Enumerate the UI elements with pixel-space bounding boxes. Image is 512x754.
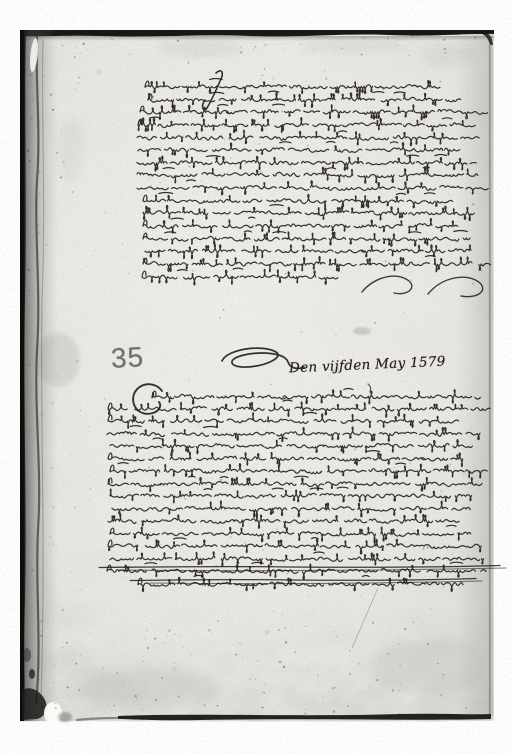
gutter-shadow: [24, 30, 58, 721]
speckle: [369, 686, 370, 687]
speckle: [262, 549, 263, 550]
speckle: [146, 683, 147, 684]
speckle: [411, 693, 412, 694]
speckle: [266, 237, 267, 238]
speckle: [317, 674, 319, 676]
speckle: [347, 705, 349, 707]
speckle: [231, 352, 233, 354]
speckle: [122, 244, 124, 246]
speckle: [471, 425, 472, 426]
speckle: [199, 204, 200, 205]
speckle: [46, 244, 48, 246]
speckle: [448, 195, 449, 196]
speckle: [149, 283, 150, 284]
speckle: [413, 621, 415, 623]
speckle: [80, 589, 81, 590]
speckle: [260, 79, 261, 80]
speckle: [323, 697, 324, 698]
speckle: [348, 156, 349, 157]
speckle: [56, 152, 58, 154]
speckle: [254, 110, 256, 112]
speckle: [50, 536, 52, 538]
speckle: [402, 690, 403, 691]
speckle: [392, 689, 394, 691]
speckle: [283, 48, 284, 49]
speckle: [316, 549, 317, 550]
speckle: [208, 629, 211, 632]
speckle: [454, 621, 455, 622]
speckle: [474, 36, 476, 38]
speckle: [422, 558, 423, 559]
folio-number: 35: [110, 341, 145, 375]
speckle: [215, 537, 216, 538]
speckle: [162, 643, 163, 644]
speckle: [358, 663, 359, 664]
speckle: [172, 667, 177, 672]
speckle: [405, 90, 406, 91]
speckle: [413, 530, 416, 533]
speckle: [74, 133, 75, 134]
speckle: [253, 48, 254, 49]
speckle: [195, 528, 196, 529]
speckle: [88, 426, 89, 427]
speckle: [360, 596, 362, 598]
speckle: [444, 48, 446, 50]
speckle: [224, 139, 225, 140]
speckle: [273, 611, 274, 612]
speckle: [162, 512, 163, 513]
speckle: [341, 567, 342, 568]
speckle: [472, 203, 474, 205]
speckle: [374, 322, 376, 324]
speckle: [422, 698, 423, 699]
speckle: [105, 212, 107, 214]
speckle: [431, 506, 432, 507]
speckle: [190, 654, 192, 656]
speckle: [38, 170, 41, 173]
speckle: [281, 614, 282, 615]
speckle: [341, 48, 343, 50]
speckle: [182, 647, 183, 648]
speckle: [323, 553, 325, 555]
speckle: [158, 473, 159, 474]
speckle: [355, 163, 356, 164]
speckle: [113, 123, 114, 124]
speckle: [28, 290, 30, 292]
speckle: [150, 185, 152, 187]
speckle: [90, 632, 91, 633]
speckle: [54, 707, 57, 710]
speckle: [195, 213, 196, 214]
speckle: [248, 713, 249, 714]
speckle: [268, 574, 269, 575]
speckle: [75, 89, 76, 90]
speckle: [286, 573, 287, 574]
speckle: [457, 51, 458, 52]
speckle: [36, 74, 37, 75]
speckle: [380, 705, 381, 706]
speckle: [363, 37, 365, 39]
speckle: [50, 94, 52, 96]
speckle: [62, 647, 63, 648]
speckle: [308, 596, 309, 597]
speckle: [31, 85, 32, 86]
speckle: [283, 666, 286, 669]
speckle: [95, 199, 96, 200]
speckle: [291, 240, 292, 241]
speckle: [123, 685, 124, 686]
speckle: [265, 630, 270, 635]
speckle: [62, 45, 63, 46]
speckle: [60, 177, 62, 179]
speckle: [47, 287, 48, 288]
speckle: [301, 331, 303, 333]
speckle: [152, 561, 153, 562]
speckle: [285, 641, 287, 643]
speckle: [305, 625, 307, 627]
speckle: [242, 656, 243, 657]
speckle: [81, 269, 82, 270]
speckle: [335, 687, 337, 689]
speckle: [324, 70, 326, 72]
speckle: [240, 51, 242, 53]
speckle: [427, 643, 429, 645]
speckle: [376, 679, 378, 681]
speckle: [28, 160, 30, 162]
speckle: [373, 436, 375, 438]
speckle: [475, 92, 476, 93]
speckle: [411, 279, 413, 281]
speckle: [278, 421, 279, 422]
speckle: [452, 554, 453, 555]
speckle: [174, 633, 176, 635]
speckle: [338, 667, 339, 668]
speckle: [111, 710, 112, 711]
speckle: [398, 690, 400, 692]
speckle: [443, 39, 445, 41]
speckle: [260, 86, 262, 88]
speckle: [416, 426, 417, 427]
speckle: [137, 136, 139, 138]
speckle: [403, 312, 404, 313]
speckle: [261, 691, 263, 693]
speckle: [179, 636, 180, 637]
speckle: [343, 177, 345, 179]
speckle: [209, 684, 210, 685]
speckle: [285, 273, 287, 275]
speckle: [44, 75, 45, 76]
speckle: [121, 559, 123, 561]
speckle: [255, 260, 256, 261]
speckle: [212, 123, 213, 124]
speckle: [236, 81, 237, 82]
speckle: [336, 636, 338, 638]
speckle: [223, 309, 225, 311]
speckle: [235, 654, 237, 656]
speckle: [387, 544, 389, 546]
speckle: [408, 451, 409, 452]
speckle: [58, 367, 59, 368]
speckle: [39, 192, 41, 194]
speckle: [325, 251, 326, 252]
speckle: [404, 628, 406, 630]
speckle: [166, 565, 170, 569]
speckle: [398, 713, 400, 715]
speckle: [397, 426, 399, 428]
speckle: [78, 76, 80, 78]
speckle: [27, 269, 30, 272]
speckle: [165, 643, 166, 644]
speckle: [334, 484, 335, 485]
speckle: [361, 193, 362, 194]
speckle: [442, 676, 444, 678]
speckle: [300, 44, 301, 45]
speckle: [77, 82, 79, 84]
speckle: [410, 153, 411, 154]
speckle: [333, 710, 336, 713]
speckle: [245, 163, 247, 165]
speckle: [430, 608, 432, 610]
speckle: [400, 685, 401, 686]
speckle: [78, 689, 80, 691]
speckle: [31, 118, 33, 120]
speckle: [52, 109, 54, 111]
speckle: [204, 126, 206, 128]
speckle: [337, 510, 338, 511]
speckle: [439, 81, 441, 83]
speckle: [439, 170, 440, 171]
speckle: [264, 44, 266, 46]
speckle: [80, 654, 82, 656]
speckle: [486, 334, 487, 335]
speckle: [470, 176, 471, 177]
speckle: [481, 271, 482, 272]
speckle: [425, 120, 426, 121]
speckle: [443, 586, 445, 588]
speckle: [192, 270, 194, 272]
speckle: [399, 664, 401, 666]
speckle: [397, 44, 399, 46]
speckle: [219, 317, 221, 319]
speckle: [54, 664, 56, 666]
speckle: [307, 145, 309, 147]
speckle: [335, 637, 336, 638]
speckle: [147, 647, 149, 649]
speckle: [67, 686, 69, 688]
speckle: [217, 705, 219, 707]
speckle: [96, 69, 102, 75]
speckle: [305, 600, 306, 601]
speckle: [51, 402, 54, 405]
speckle: [192, 241, 193, 242]
speckle: [54, 703, 55, 704]
speckle: [426, 111, 428, 113]
speckle: [53, 681, 54, 682]
speckle: [177, 40, 179, 42]
speckle: [41, 620, 43, 622]
speckle: [264, 683, 265, 684]
speckle: [334, 631, 335, 632]
speckle: [204, 704, 206, 706]
speckle: [204, 294, 205, 295]
speckle: [177, 695, 179, 697]
speckle: [376, 481, 377, 482]
speckle: [408, 55, 409, 56]
speckle: [272, 77, 275, 80]
speckle: [212, 420, 213, 421]
speckle: [245, 542, 246, 543]
speckle: [385, 260, 387, 262]
speckle: [86, 291, 87, 292]
speckle: [443, 674, 444, 675]
speckle: [465, 707, 467, 709]
speckle: [335, 334, 337, 336]
speckle: [383, 88, 385, 90]
speckle: [129, 54, 130, 55]
speckle: [87, 49, 88, 50]
speckle: [422, 547, 424, 549]
speckle: [311, 645, 312, 646]
speckle: [284, 627, 286, 629]
speckle: [80, 409, 82, 411]
speckle: [286, 158, 287, 159]
speckle: [37, 124, 38, 125]
speckle: [88, 475, 89, 476]
speckle: [38, 679, 40, 681]
speckle: [188, 181, 189, 182]
speckle: [440, 694, 441, 695]
speckle: [212, 632, 213, 633]
speckle: [226, 493, 227, 494]
speckle: [64, 163, 65, 164]
speckle: [79, 52, 81, 54]
speckle: [188, 62, 190, 64]
speckle: [457, 341, 458, 342]
speckle: [455, 571, 456, 572]
speckle: [28, 364, 30, 366]
speckle: [254, 127, 256, 129]
speckle: [165, 620, 166, 621]
speckle: [472, 283, 474, 285]
speckle: [73, 655, 74, 656]
speckle: [80, 415, 81, 416]
speckle: [161, 544, 162, 545]
speckle: [70, 572, 71, 573]
speckle: [174, 663, 175, 664]
speckle: [308, 85, 310, 87]
speckle: [136, 698, 137, 699]
speckle: [66, 642, 68, 644]
speckle: [268, 657, 269, 658]
speckle: [168, 630, 170, 632]
speckle: [38, 224, 39, 225]
speckle: [321, 471, 323, 473]
speckle: [217, 620, 219, 622]
speckle: [141, 683, 142, 684]
speckle: [443, 58, 444, 59]
speckle: [184, 498, 186, 500]
speckle: [332, 687, 334, 689]
speckle: [29, 431, 31, 433]
speckle: [279, 60, 280, 61]
speckle: [380, 657, 381, 658]
speckle: [31, 569, 34, 572]
speckle: [257, 660, 258, 661]
speckle: [307, 671, 308, 672]
speckle: [444, 134, 445, 135]
speckle: [270, 384, 271, 385]
speckle: [279, 661, 282, 664]
speckle: [312, 49, 313, 50]
speckle: [63, 161, 65, 163]
speckle: [189, 380, 190, 381]
speckle: [30, 74, 33, 77]
speckle: [37, 226, 38, 227]
speckle: [241, 644, 242, 645]
speckle: [358, 61, 359, 62]
speckle: [186, 38, 187, 39]
speckle: [143, 257, 144, 258]
speckle: [255, 679, 256, 680]
speckle: [288, 60, 289, 61]
speckle: [230, 536, 232, 538]
speckle: [294, 453, 295, 454]
speckle: [264, 692, 266, 694]
speckle: [242, 235, 243, 236]
speckle: [460, 673, 461, 674]
speckle: [58, 375, 59, 376]
speckle: [50, 467, 53, 470]
speckle: [51, 603, 52, 604]
speckle: [399, 643, 401, 645]
speckle: [259, 143, 261, 145]
speckle: [379, 534, 381, 536]
speckle: [87, 500, 89, 502]
speckle: [294, 651, 296, 653]
speckle: [174, 645, 175, 646]
speckle: [230, 157, 232, 159]
speckle: [240, 47, 241, 48]
speckle: [53, 506, 54, 507]
speckle: [160, 147, 162, 149]
speckle: [461, 51, 463, 53]
speckle: [292, 239, 293, 240]
speckle: [38, 232, 40, 234]
speckle: [422, 623, 423, 624]
speckle: [436, 336, 437, 337]
speckle: [155, 699, 157, 701]
speckle: [157, 626, 158, 627]
page-edge-right: [489, 44, 491, 716]
speckle: [83, 658, 84, 659]
speckle: [228, 34, 230, 36]
speckle: [239, 643, 241, 645]
speckle: [72, 191, 74, 193]
speckle: [449, 261, 450, 262]
speckle: [278, 629, 280, 631]
speckle: [148, 466, 150, 468]
speckle: [315, 552, 316, 553]
speckle: [436, 156, 437, 157]
speckle: [40, 635, 42, 637]
speckle: [157, 539, 158, 540]
speckle: [60, 541, 61, 542]
speckle: [445, 52, 447, 54]
speckle: [387, 38, 389, 40]
speckle: [84, 586, 85, 587]
speckle: [143, 661, 144, 662]
speckle: [176, 444, 177, 445]
